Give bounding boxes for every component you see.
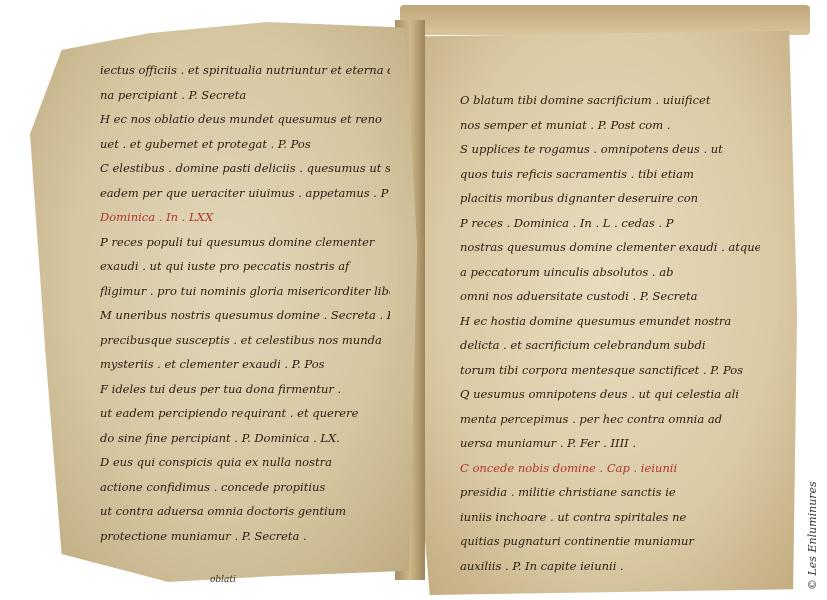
- left-page-text: iectus officiis . et spiritualia nutriun…: [100, 58, 390, 548]
- right-page-text: O blatum tibi domine sacrificium . uiuif…: [460, 88, 760, 578]
- text-line: iectus officiis . et spiritualia nutriun…: [100, 58, 390, 83]
- text-line: actione confidimus . concede propitius: [100, 475, 390, 500]
- text-line: precibusque susceptis . et celestibus no…: [100, 328, 390, 353]
- rubric-line: Dominica . In . LXX: [100, 205, 390, 230]
- text-line: fligimur . pro tui nominis gloria miseri…: [100, 279, 390, 304]
- book-cover-edge: [400, 5, 810, 35]
- text-line: uet . et gubernet et protegat . P. Pos: [100, 132, 390, 157]
- text-line: C elestibus . domine pasti deliciis . qu…: [100, 156, 390, 181]
- catchword: oblati: [210, 575, 236, 585]
- text-line: nostras quesumus domine clementer exaudi…: [460, 235, 760, 260]
- text-line: P reces populi tui quesumus domine cleme…: [100, 230, 390, 255]
- text-line: ut contra aduersa omnia doctoris gentium: [100, 499, 390, 524]
- text-line: Q uesumus omnipotens deus . ut qui celes…: [460, 382, 760, 407]
- text-line: na percipiant . P. Secreta: [100, 83, 390, 108]
- text-line: H ec hostia domine quesumus emundet nost…: [460, 309, 760, 334]
- text-line: O blatum tibi domine sacrificium . uiuif…: [460, 88, 760, 113]
- text-line: nos semper et muniat . P. Post com .: [460, 113, 760, 138]
- text-line: S upplices te rogamus . omnipotens deus …: [460, 137, 760, 162]
- text-line: H ec nos oblatio deus mundet quesumus et…: [100, 107, 390, 132]
- text-line: mysteriis . et clementer exaudi . P. Pos: [100, 352, 390, 377]
- rubric-line: C oncede nobis domine . Cap . ieiunii: [460, 456, 760, 481]
- text-line: do sine fine percipiant . P. Dominica . …: [100, 426, 390, 451]
- manuscript-photo: iectus officiis . et spiritualia nutriun…: [0, 0, 827, 600]
- text-line: M uneribus nostris quesumus domine . Sec…: [100, 303, 390, 328]
- text-line: iuniis inchoare . ut contra spiritales n…: [460, 505, 760, 530]
- text-line: eadem per que ueraciter uiuimus . appeta…: [100, 181, 390, 206]
- text-line: ut eadem percipiendo requirant . et quer…: [100, 401, 390, 426]
- text-line: protectione muniamur . P. Secreta .: [100, 524, 390, 549]
- text-line: omni nos aduersitate custodi . P. Secret…: [460, 284, 760, 309]
- text-line: D eus qui conspicis quia ex nulla nostra: [100, 450, 390, 475]
- text-line: presidia . militie christiane sanctis ie: [460, 480, 760, 505]
- text-line: quos tuis reficis sacramentis . tibi eti…: [460, 162, 760, 187]
- text-line: delicta . et sacrificium celebrandum sub…: [460, 333, 760, 358]
- text-line: placitis moribus dignanter deseruire con: [460, 186, 760, 211]
- text-line: exaudi . ut qui iuste pro peccatis nostr…: [100, 254, 390, 279]
- copyright-credit: © Les Enluminures: [806, 481, 819, 590]
- text-line: a peccatorum uinculis absolutos . ab: [460, 260, 760, 285]
- text-line: menta percepimus . per hec contra omnia …: [460, 407, 760, 432]
- text-line: P reces . Dominica . In . L . cedas . P: [460, 211, 760, 236]
- text-line: uersa muniamur . P. Fer . IIII .: [460, 431, 760, 456]
- text-line: auxiliis . P. In capite ieiunii .: [460, 554, 760, 579]
- text-line: torum tibi corpora mentesque sanctificet…: [460, 358, 760, 383]
- text-line: quitias pugnaturi continentie muniamur: [460, 529, 760, 554]
- text-line: F ideles tui deus per tua dona firmentur…: [100, 377, 390, 402]
